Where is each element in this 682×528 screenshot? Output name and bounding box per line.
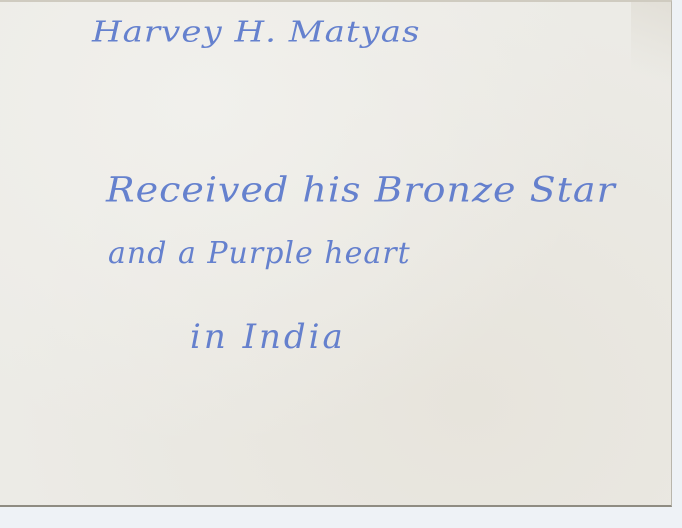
handwritten-line-2: and a Purple heart (108, 236, 411, 271)
photo-back-paper: Harvey H. Matyas Received his Bronze Sta… (0, 0, 672, 507)
paper-fold-crease (631, 2, 671, 92)
handwritten-line-1: Received his Bronze Star (106, 170, 616, 210)
handwritten-line-3: in India (190, 317, 346, 357)
handwritten-name: Harvey H. Matyas (92, 15, 420, 49)
